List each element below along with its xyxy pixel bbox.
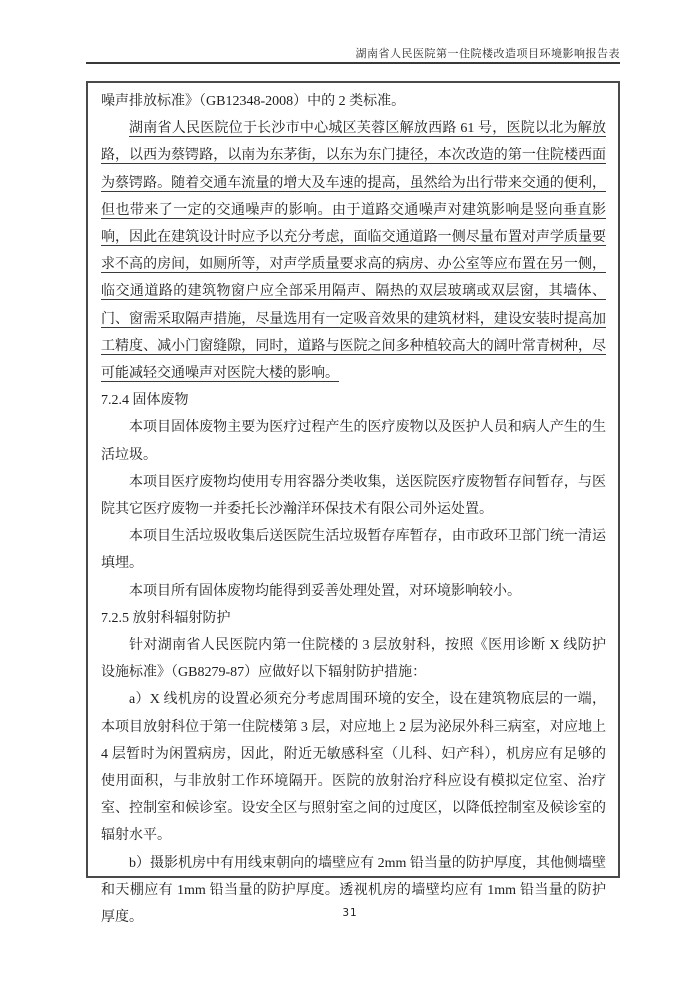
paragraph-radiation-protection-intro: 针对湖南省人民医院内第一住院楼的 3 层放射科，按照《医用诊断 X 线防护设施标… (101, 632, 606, 686)
page-number: 31 (342, 907, 357, 919)
page-footer: 31 (0, 907, 700, 919)
paragraph-medical-waste-disposal: 本项目医疗废物均使用专用容器分类收集，送医院医疗废物暂存间暂存，与医院其它医疗废… (101, 469, 606, 523)
page-header: 湖南省人民医院第一住院楼改造项目环境影响报告表 (356, 45, 621, 61)
paragraph-traffic-noise-impact: 湖南省人民医院位于长沙市中心城区芙蓉区解放西路 61 号，医院以北为解放路，以西… (101, 115, 606, 387)
paragraph-noise-standard-continuation: 噪声排放标准》（GB12348-2008）中的 2 类标准。 (101, 88, 606, 115)
section-heading-7-2-5-radiation-protection: 7.2.5 放射科辐射防护 (101, 605, 606, 632)
paragraph-solid-waste-conclusion: 本项目所有固体废物均能得到妥善处理处置，对环境影响较小。 (101, 578, 606, 605)
header-rule-divider (86, 62, 620, 64)
paragraph-radiation-measure-a: a）X 线机房的设置必须充分考虑周围环境的安全，设在建筑物底层的一端，本项目放射… (101, 686, 606, 849)
section-heading-7-2-4-solid-waste: 7.2.4 固体废物 (101, 387, 606, 414)
paragraph-domestic-waste-disposal: 本项目生活垃圾收集后送医院生活垃圾暂存库暂存，由市政环卫部门统一清运填埋。 (101, 523, 606, 577)
paragraph-solid-waste-overview: 本项目固体废物主要为医疗过程产生的医疗废物以及医护人员和病人产生的生活垃圾。 (101, 414, 606, 468)
report-title-header: 湖南省人民医院第一住院楼改造项目环境影响报告表 (356, 48, 621, 60)
document-page: 湖南省人民医院第一住院楼改造项目环境影响报告表 噪声排放标准》（GB12348-… (0, 0, 700, 989)
content-box: 噪声排放标准》（GB12348-2008）中的 2 类标准。 湖南省人民医院位于… (86, 81, 620, 878)
paragraph-radiation-measure-b: b）摄影机房中有用线束朝向的墙壁应有 2mm 铅当量的防护厚度，其他侧墙壁和天棚… (101, 850, 606, 932)
